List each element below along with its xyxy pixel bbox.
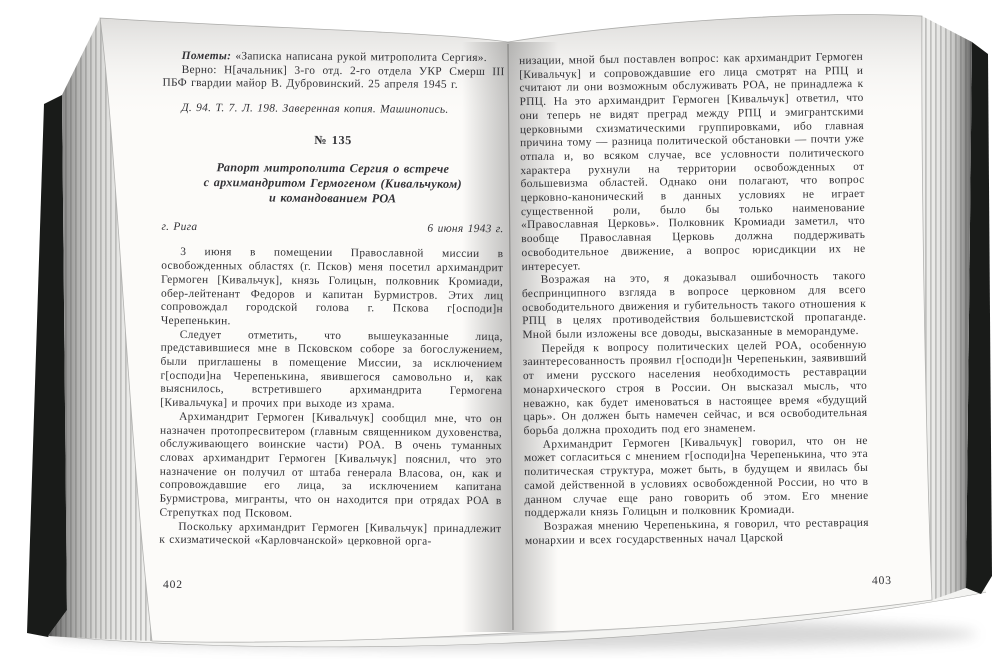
document-number: № 135 (162, 133, 504, 149)
body-paragraph: Следует отметить, что вышеуказанные лица… (160, 328, 503, 413)
body-paragraph: Перейдя к вопросу политических целей РОА… (523, 339, 868, 439)
left-cover-edge (27, 95, 67, 637)
notes-text: «Записка написана рукой митрополита Серг… (235, 50, 487, 64)
body-paragraph: Архимандрит Гермоген [Кивальчук] сообщил… (159, 411, 502, 523)
left-page: Пометы: «Записка написана рукой митропол… (159, 50, 504, 550)
page-number-right: 403 (872, 574, 892, 587)
body-paragraph: Поскольку архимандрит Гермоген [Кивальчу… (159, 520, 501, 550)
document-title: Рапорт митрополита Сергия о встрече с ар… (162, 159, 504, 208)
document-title-line: и командованием РОА (162, 190, 504, 208)
open-book-photo: Пометы: «Записка написана рукой митропол… (0, 0, 1000, 659)
certification-line: Верно: Н[ачальник] 3-го отд. 2-го отдела… (162, 64, 504, 94)
body-paragraph: 3 июня в помещении Православной миссии в… (161, 246, 504, 331)
notes-label: Пометы: (182, 50, 232, 62)
body-paragraph: Возражая на это, я доказывал ошибочность… (522, 270, 867, 343)
body-paragraph: низации, мной был поставлен вопрос: как … (519, 51, 866, 274)
archive-reference: Д. 94. Т. 7. Л. 198. Заверенная копия. М… (162, 102, 504, 118)
dateline-date: 6 июня 1943 г. (427, 222, 503, 236)
dateline: г. Рига 6 июня 1943 г. (161, 221, 503, 237)
page-number-left: 402 (163, 578, 183, 591)
body-paragraph: Архимандрит Гермоген [Кивальчук] говорил… (524, 435, 869, 521)
dateline-place: г. Рига (161, 221, 197, 235)
right-page: низации, мной был поставлен вопрос: как … (519, 51, 869, 548)
document-title-line: с архимандритом Гермогеном (Кивальчуком) (162, 175, 504, 193)
body-paragraph: Возражая мнению Черепенькина, я говорил,… (525, 517, 869, 549)
